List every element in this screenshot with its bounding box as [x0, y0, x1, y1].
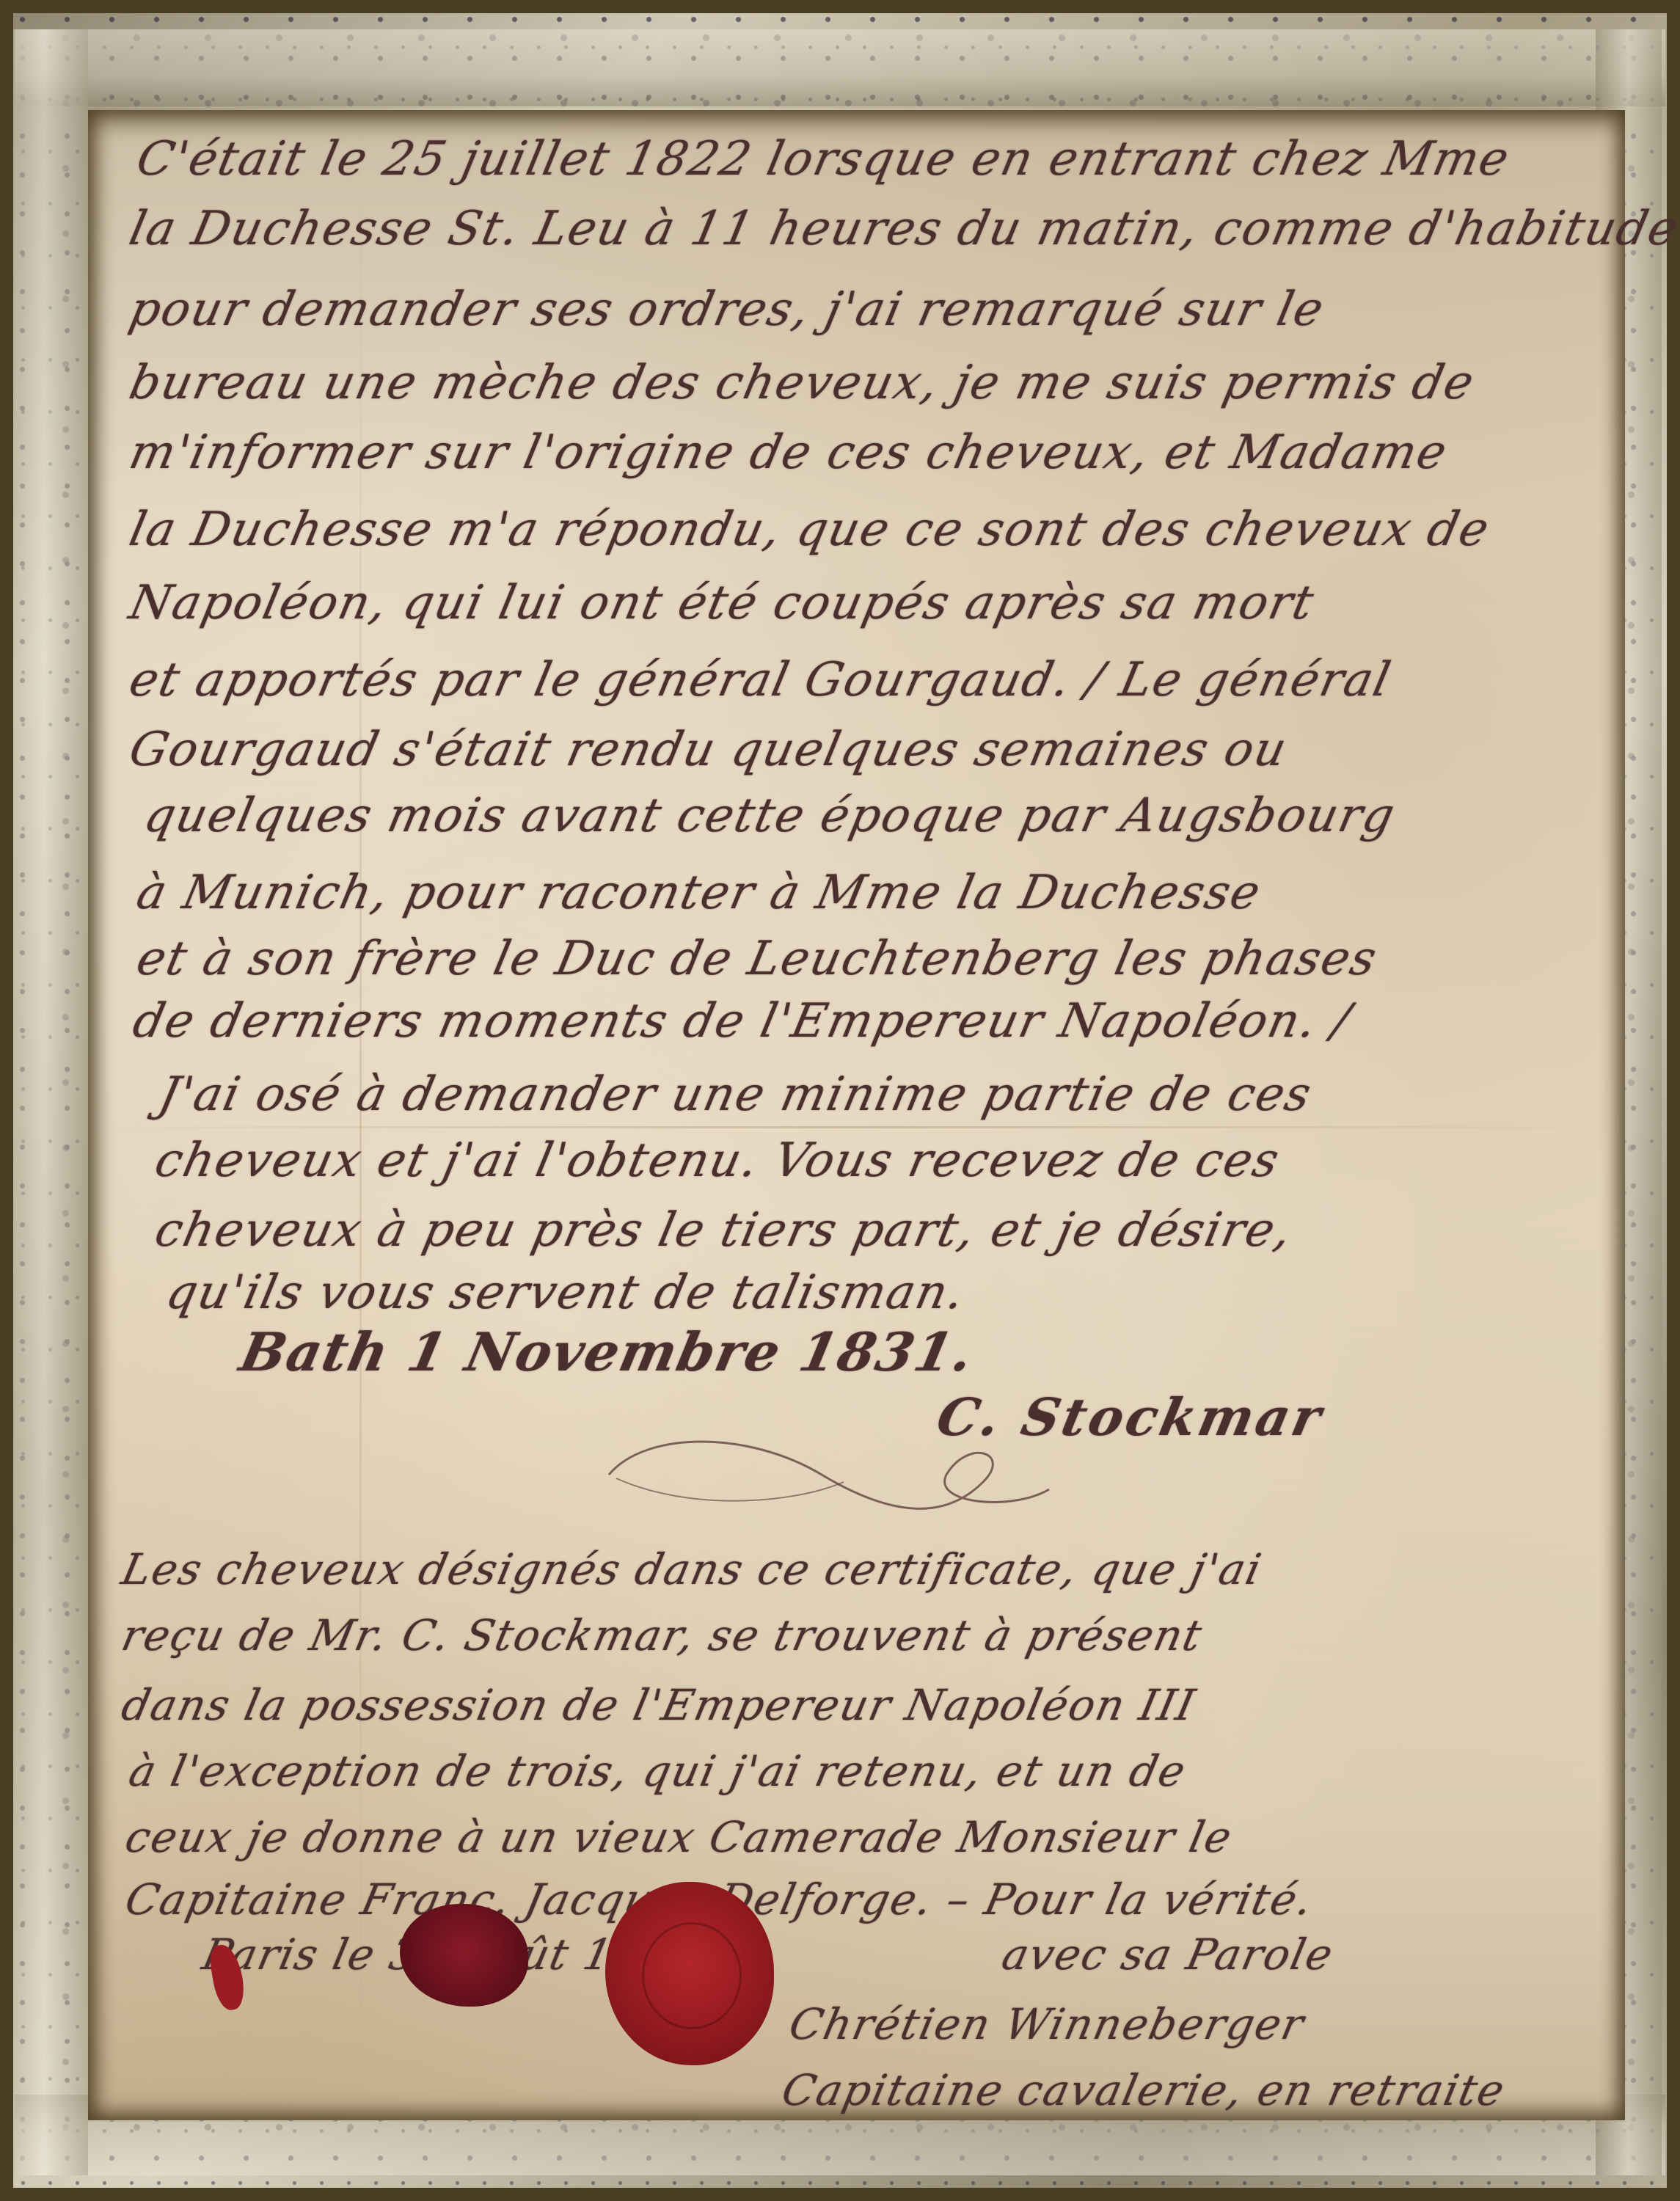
attestation-line: reçu de Mr. C. Stockmar, se trouvent à p…: [117, 1610, 1208, 1660]
certificate-place-date: Bath 1 Novembre 1831.: [235, 1321, 980, 1383]
attestation-signature-title: Capitaine cavalerie, en retraite: [778, 2065, 1510, 2115]
certificate-line: quelques mois avant cette époque par Aug…: [139, 789, 1400, 843]
attestation-closing: avec sa Parole: [998, 1930, 1338, 1979]
attestation-line: ceux je donne à un vieux Camerade Monsie…: [121, 1812, 1238, 1862]
certificate-line: à Munich, pour raconter à Mme la Duchess…: [132, 866, 1266, 920]
letter-paper: C'était le 25 juillet 1822 lorsque en en…: [88, 110, 1625, 2120]
certificate-line: la Duchesse m'a répondu, que ce sont des…: [125, 503, 1495, 557]
attestation-line: à l'exception de trois, qui j'ai retenu,…: [125, 1746, 1191, 1796]
certificate-line: cheveux à peu près le tiers part, et je …: [150, 1203, 1298, 1258]
certificate-line: qu'ils vous servent de talisman.: [161, 1266, 971, 1320]
certificate-line: et à son frère le Duc de Leuchtenberg le…: [132, 932, 1382, 986]
attestation-line: Les cheveux désignés dans ce certificate…: [117, 1544, 1267, 1594]
certificate-line: et apportés par le général Gourgaud. / L…: [125, 653, 1396, 707]
certificate-line: bureau une mèche des cheveux, je me suis…: [125, 356, 1480, 410]
certificate-line: de derniers moments de l'Empereur Napolé…: [128, 994, 1356, 1048]
wax-seal-large: [605, 1882, 774, 2065]
attestation-signature-name: Chrétien Winneberger: [785, 1999, 1310, 2049]
flourish-ornament: [602, 1423, 1056, 1526]
attestation-line: dans la possession de l'Empereur Napoléo…: [117, 1680, 1200, 1730]
certificate-line: J'ai osé à demander une minime partie de…: [154, 1067, 1317, 1122]
certificate-line: cheveux et j'ai l'obtenu. Vous recevez d…: [150, 1134, 1285, 1188]
paper-fold-horizontal: [88, 1126, 1625, 1128]
certificate-line: la Duchesse St. Leu à 11 heures du matin…: [125, 202, 1680, 256]
certificate-line: C'était le 25 juillet 1822 lorsque en en…: [132, 132, 1515, 186]
certificate-line: Gourgaud s'était rendu quelques semaines…: [125, 723, 1293, 777]
certificate-line: Napoléon, qui lui ont été coupés après s…: [125, 576, 1320, 630]
certificate-line: m'informer sur l'origine de ces cheveux,…: [125, 426, 1453, 480]
certificate-line: pour demander ses ordres, j'ai remarqué …: [125, 282, 1329, 337]
